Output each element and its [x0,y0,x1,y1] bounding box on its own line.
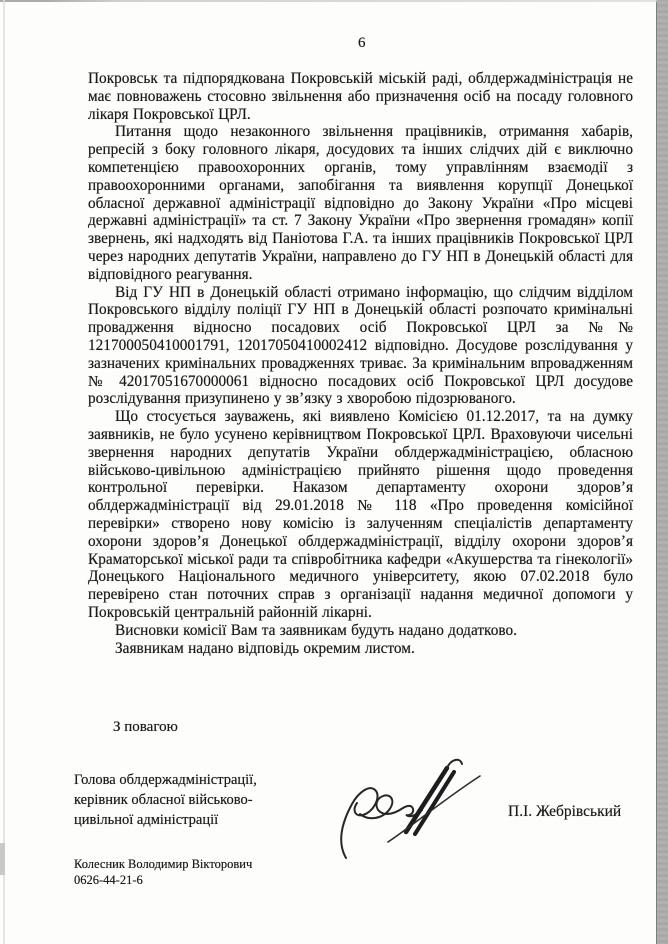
paragraph: Покровськ та підпорядкована Покровській … [88,70,633,123]
paragraph: Висновки комісії Вам та заявникам будуть… [88,622,633,640]
signer-name: П.І. Жебрівський [508,803,621,821]
paragraph: Від ГУ НП в Донецькій області отримано і… [88,284,633,409]
signer-title-line: керівник обласної військово- [74,790,334,810]
page-number: 6 [0,35,668,52]
paragraph: Питання щодо незаконного звільнення прац… [88,123,633,283]
document-body: Покровськ та підпорядкована Покровській … [88,70,633,657]
scan-edge-left [3,0,5,944]
signature-autograph [330,752,488,862]
signer-title-line: Голова облдержадміністрації, [74,770,334,790]
signer-title-line: цивільної адміністрації [74,810,334,830]
closing-salutation: З повагою [113,719,178,736]
scanned-document-page: 6 Покровськ та підпорядкована Покровські… [0,0,668,944]
executor-phone: 0626-44-21-6 [74,873,252,889]
scan-artifact-speck [0,843,5,875]
scan-edge-right [656,0,668,944]
paragraph: Заявникам надано відповідь окремим листо… [88,640,633,658]
signer-title-block: Голова облдержадміністрації, керівник об… [74,770,334,830]
scan-edge-top [0,0,657,2]
executor-name: Колесник Володимир Вікторович [74,857,252,873]
paragraph: Що стосується зауважень, які виявлено Ко… [88,408,633,622]
executor-block: Колесник Володимир Вікторович 0626-44-21… [74,857,252,888]
